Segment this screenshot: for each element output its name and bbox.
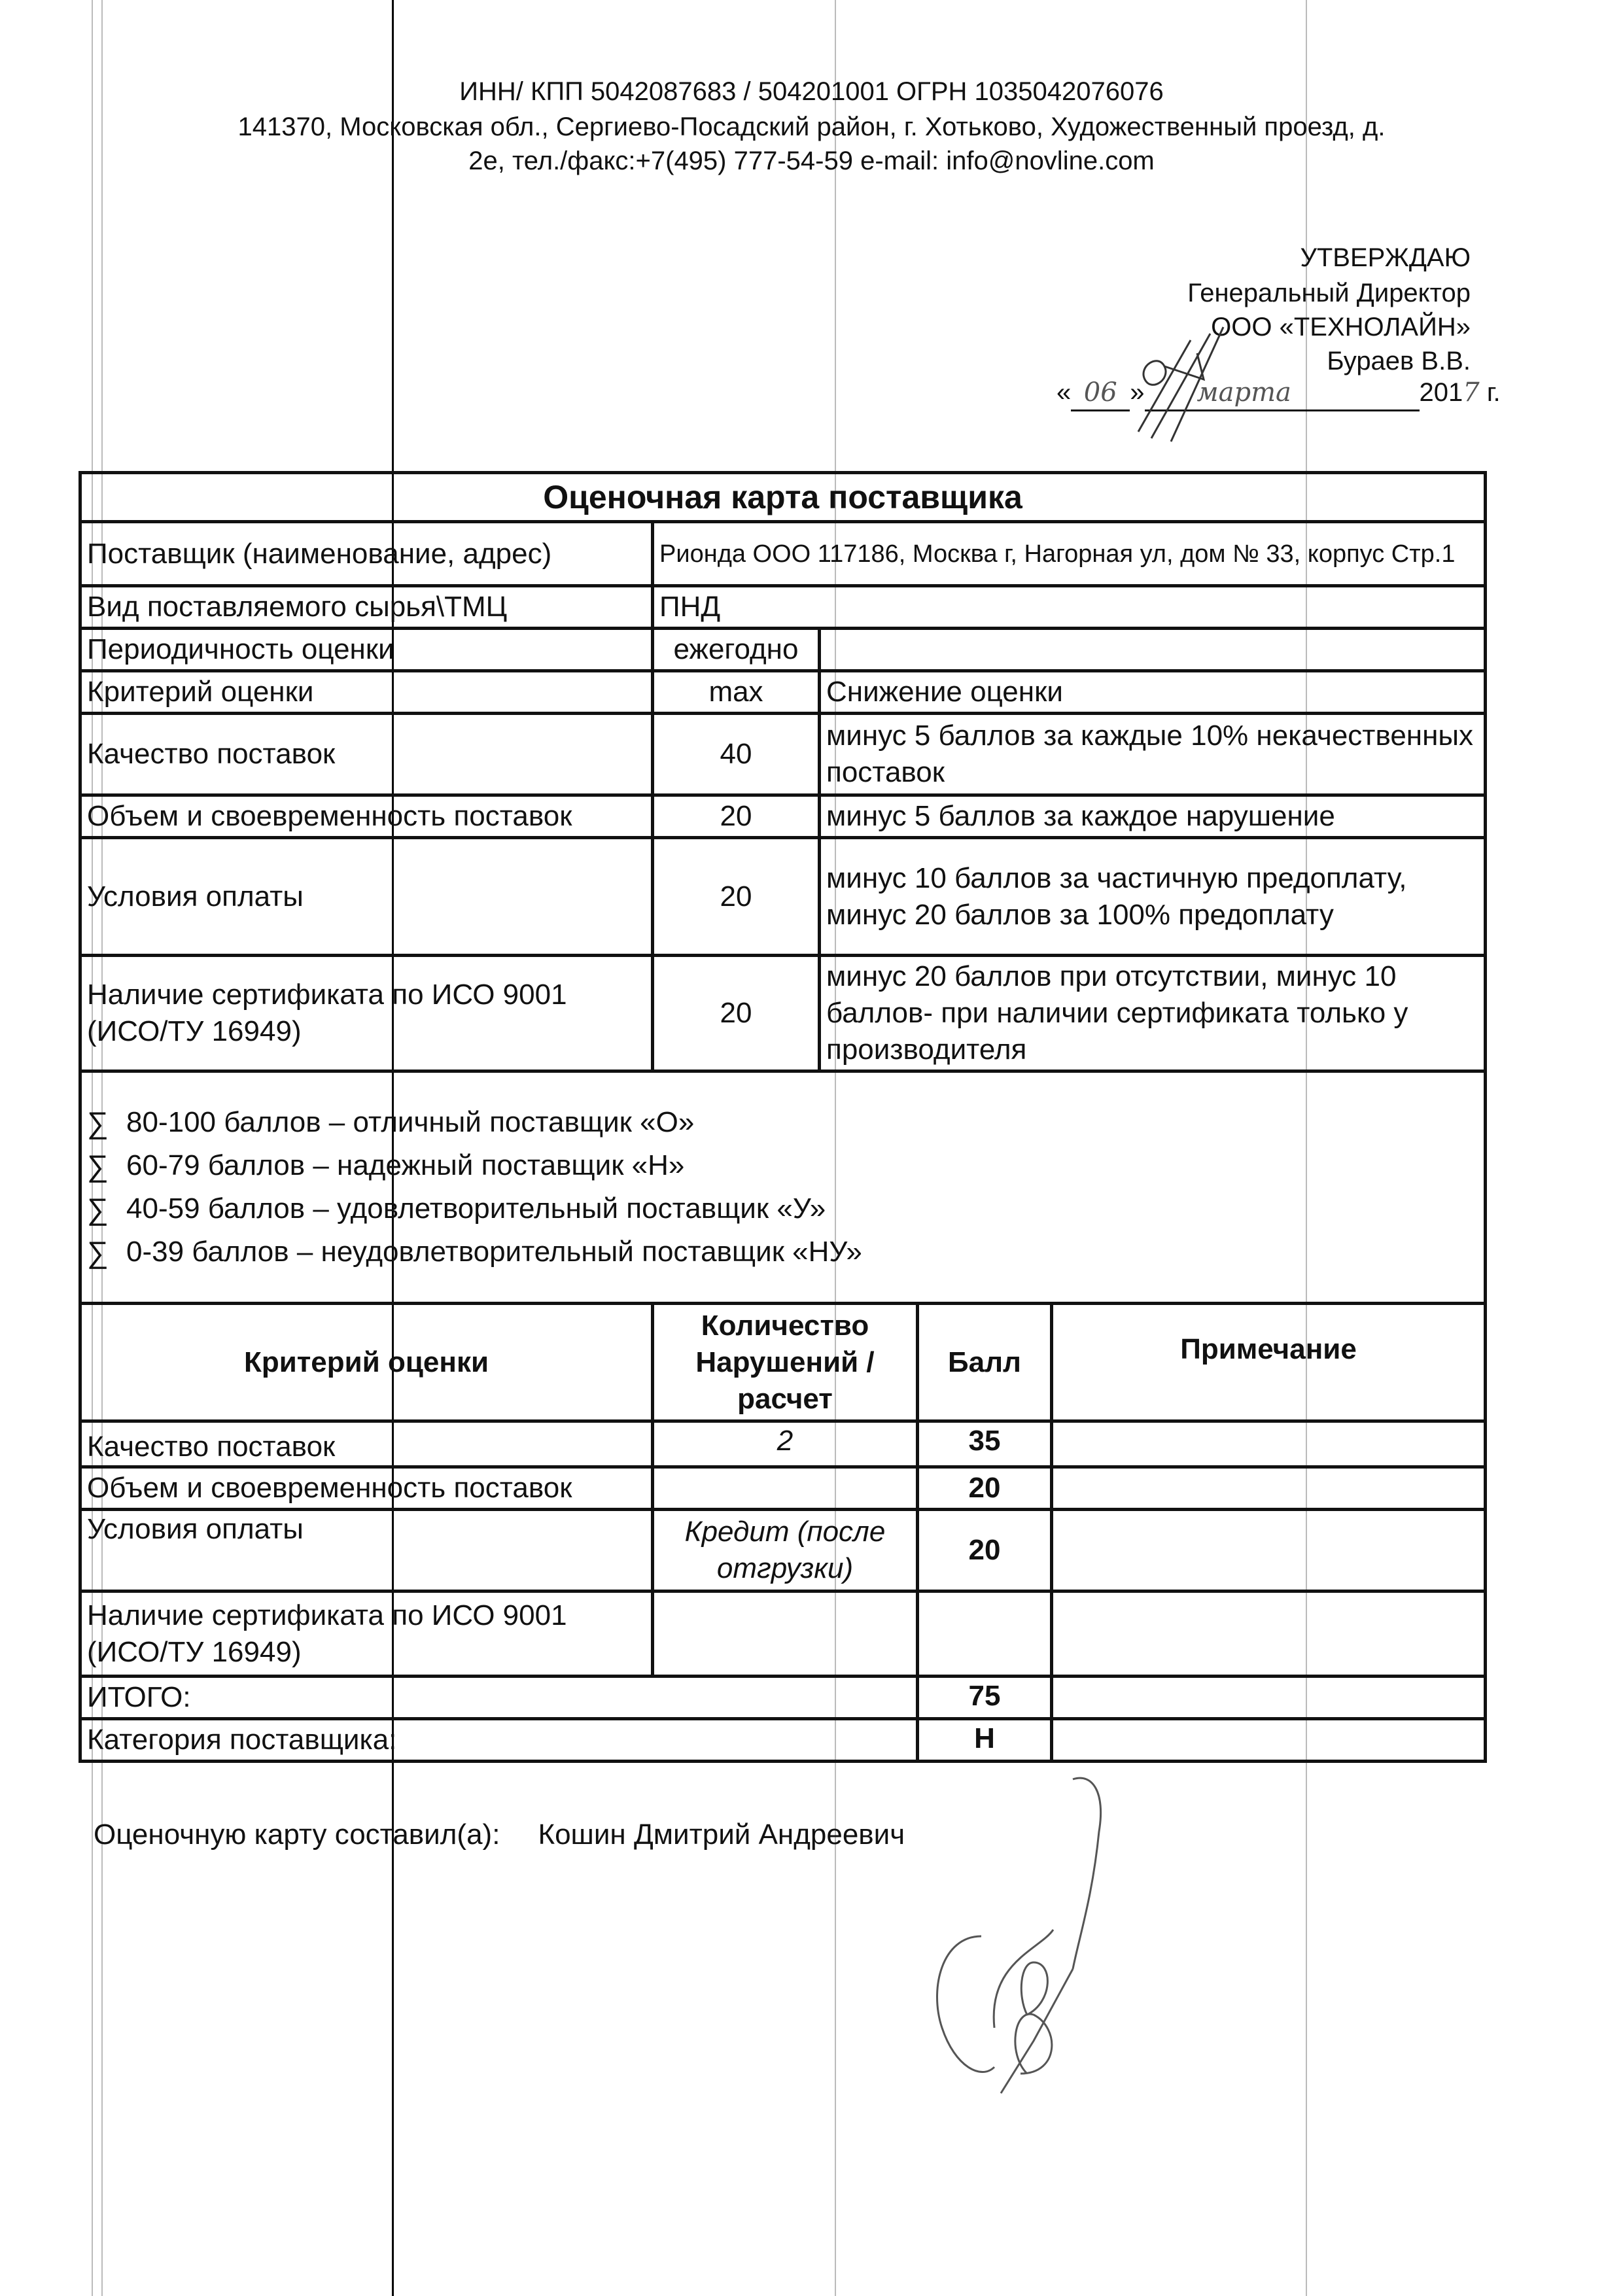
criteria-reduction: минус 5 баллов за каждые 10% некачествен… — [820, 714, 1486, 795]
criteria-reduction: минус 20 баллов при отсутствии, минус 10… — [820, 956, 1486, 1071]
total-label: ИТОГО: — [80, 1677, 918, 1719]
eval-score: 35 — [918, 1421, 1052, 1467]
eval-note — [1052, 1510, 1486, 1592]
eval-criterion: Наличие сертификата по ИСО 9001 (ИСО/ТУ … — [80, 1592, 653, 1677]
eval-header-note: Примечание — [1052, 1304, 1486, 1421]
rating-legend: ∑80-100 баллов – отличный поставщик «О» … — [80, 1071, 1486, 1304]
eval-violations: Кредит (после отгрузки) — [653, 1510, 918, 1592]
eval-row: Наличие сертификата по ИСО 9001 (ИСО/ТУ … — [80, 1592, 1486, 1677]
criteria-name: Условия оплаты — [80, 838, 653, 956]
legend-item: ∑60-79 баллов – надежный поставщик «Н» — [87, 1144, 1478, 1187]
supplier-card-table: Оценочная карта поставщика Поставщик (на… — [79, 471, 1487, 1305]
period-label: Периодичность оценки — [80, 629, 653, 671]
criteria-name: Объем и своевременность поставок — [80, 795, 653, 838]
eval-score: 20 — [918, 1510, 1052, 1592]
period-value: ежегодно — [653, 629, 820, 671]
criteria-header-reduction: Снижение оценки — [820, 671, 1486, 714]
compiled-by: Оценочную карту составил(а):Кошин Дмитри… — [94, 1818, 905, 1851]
material-label: Вид поставляемого сырья\ТМЦ — [80, 586, 653, 629]
empty-cell — [1052, 1677, 1486, 1719]
eval-violations — [653, 1592, 918, 1677]
criteria-header-criterion: Критерий оценки — [80, 671, 653, 714]
eval-header-criterion: Критерий оценки — [80, 1304, 653, 1421]
eval-row: Качество поставок 2 35 — [80, 1421, 1486, 1467]
compiled-name: Кошин Дмитрий Андреевич — [538, 1818, 905, 1851]
approval-title: УТВЕРЖДАЮ — [1300, 241, 1471, 275]
criteria-name: Наличие сертификата по ИСО 9001 (ИСО/ТУ … — [80, 956, 653, 1071]
eval-score — [918, 1592, 1052, 1677]
eval-row: Условия оплаты Кредит (после отгрузки) 2… — [80, 1510, 1486, 1592]
criteria-max: 20 — [653, 838, 820, 956]
criteria-row: Условия оплаты 20 минус 10 баллов за час… — [80, 838, 1486, 956]
criteria-header-max: max — [653, 671, 820, 714]
criteria-max: 40 — [653, 714, 820, 795]
criteria-row: Наличие сертификата по ИСО 9001 (ИСО/ТУ … — [80, 956, 1486, 1071]
empty-cell — [820, 629, 1486, 671]
empty-cell — [1052, 1719, 1486, 1762]
criteria-name: Качество поставок — [80, 714, 653, 795]
eval-violations — [653, 1467, 918, 1510]
legend-item: ∑0-39 баллов – неудовлетворительный пост… — [87, 1230, 1478, 1274]
eval-header-violations: Количество Нарушений / расчет — [653, 1304, 918, 1421]
criteria-row: Качество поставок 40 минус 5 баллов за к… — [80, 714, 1486, 795]
eval-header-score: Балл — [918, 1304, 1052, 1421]
sigma-icon: ∑ — [87, 1234, 126, 1270]
evaluation-table: Критерий оценки Количество Нарушений / р… — [79, 1302, 1487, 1763]
criteria-reduction: минус 10 баллов за частичную предоплату,… — [820, 838, 1486, 956]
director-signature — [1112, 301, 1295, 445]
supplier-value: Рионда ООО 117186, Москва г, Нагорная ул… — [653, 522, 1486, 586]
sigma-icon: ∑ — [87, 1191, 126, 1227]
eval-note — [1052, 1467, 1486, 1510]
eval-criterion: Качество поставок — [80, 1421, 653, 1467]
letterhead-line-1: ИНН/ КПП 5042087683 / 504201001 ОГРН 103… — [0, 75, 1623, 109]
approval-name: Бураев В.В. — [1327, 344, 1471, 378]
card-title: Оценочная карта поставщика — [80, 473, 1486, 522]
eval-score: 20 — [918, 1467, 1052, 1510]
eval-violations: 2 — [653, 1421, 918, 1467]
total-value: 75 — [918, 1677, 1052, 1719]
supplier-label: Поставщик (наименование, адрес) — [80, 522, 653, 586]
legend-item: ∑40-59 баллов – удовлетворительный поста… — [87, 1187, 1478, 1230]
letterhead-line-2: 141370, Московская обл., Сергиево-Посадс… — [0, 110, 1623, 144]
eval-note — [1052, 1592, 1486, 1677]
sigma-icon: ∑ — [87, 1104, 126, 1141]
criteria-reduction: минус 5 баллов за каждое нарушение — [820, 795, 1486, 838]
criteria-max: 20 — [653, 956, 820, 1071]
category-label: Категория поставщика: — [80, 1719, 918, 1762]
eval-criterion: Условия оплаты — [80, 1510, 653, 1592]
compiler-signature — [903, 1766, 1125, 2119]
eval-note — [1052, 1421, 1486, 1467]
compiled-label: Оценочную карту составил(а): — [94, 1818, 500, 1851]
legend-item: ∑80-100 баллов – отличный поставщик «О» — [87, 1101, 1478, 1144]
eval-criterion: Объем и своевременность поставок — [80, 1467, 653, 1510]
letterhead-line-3: 2е, тел./факс:+7(495) 777-54-59 e-mail: … — [0, 144, 1623, 178]
material-value: ПНД — [653, 586, 1486, 629]
criteria-row: Объем и своевременность поставок 20 мину… — [80, 795, 1486, 838]
category-value: Н — [918, 1719, 1052, 1762]
sigma-icon: ∑ — [87, 1147, 126, 1184]
eval-row: Объем и своевременность поставок 20 — [80, 1467, 1486, 1510]
criteria-max: 20 — [653, 795, 820, 838]
